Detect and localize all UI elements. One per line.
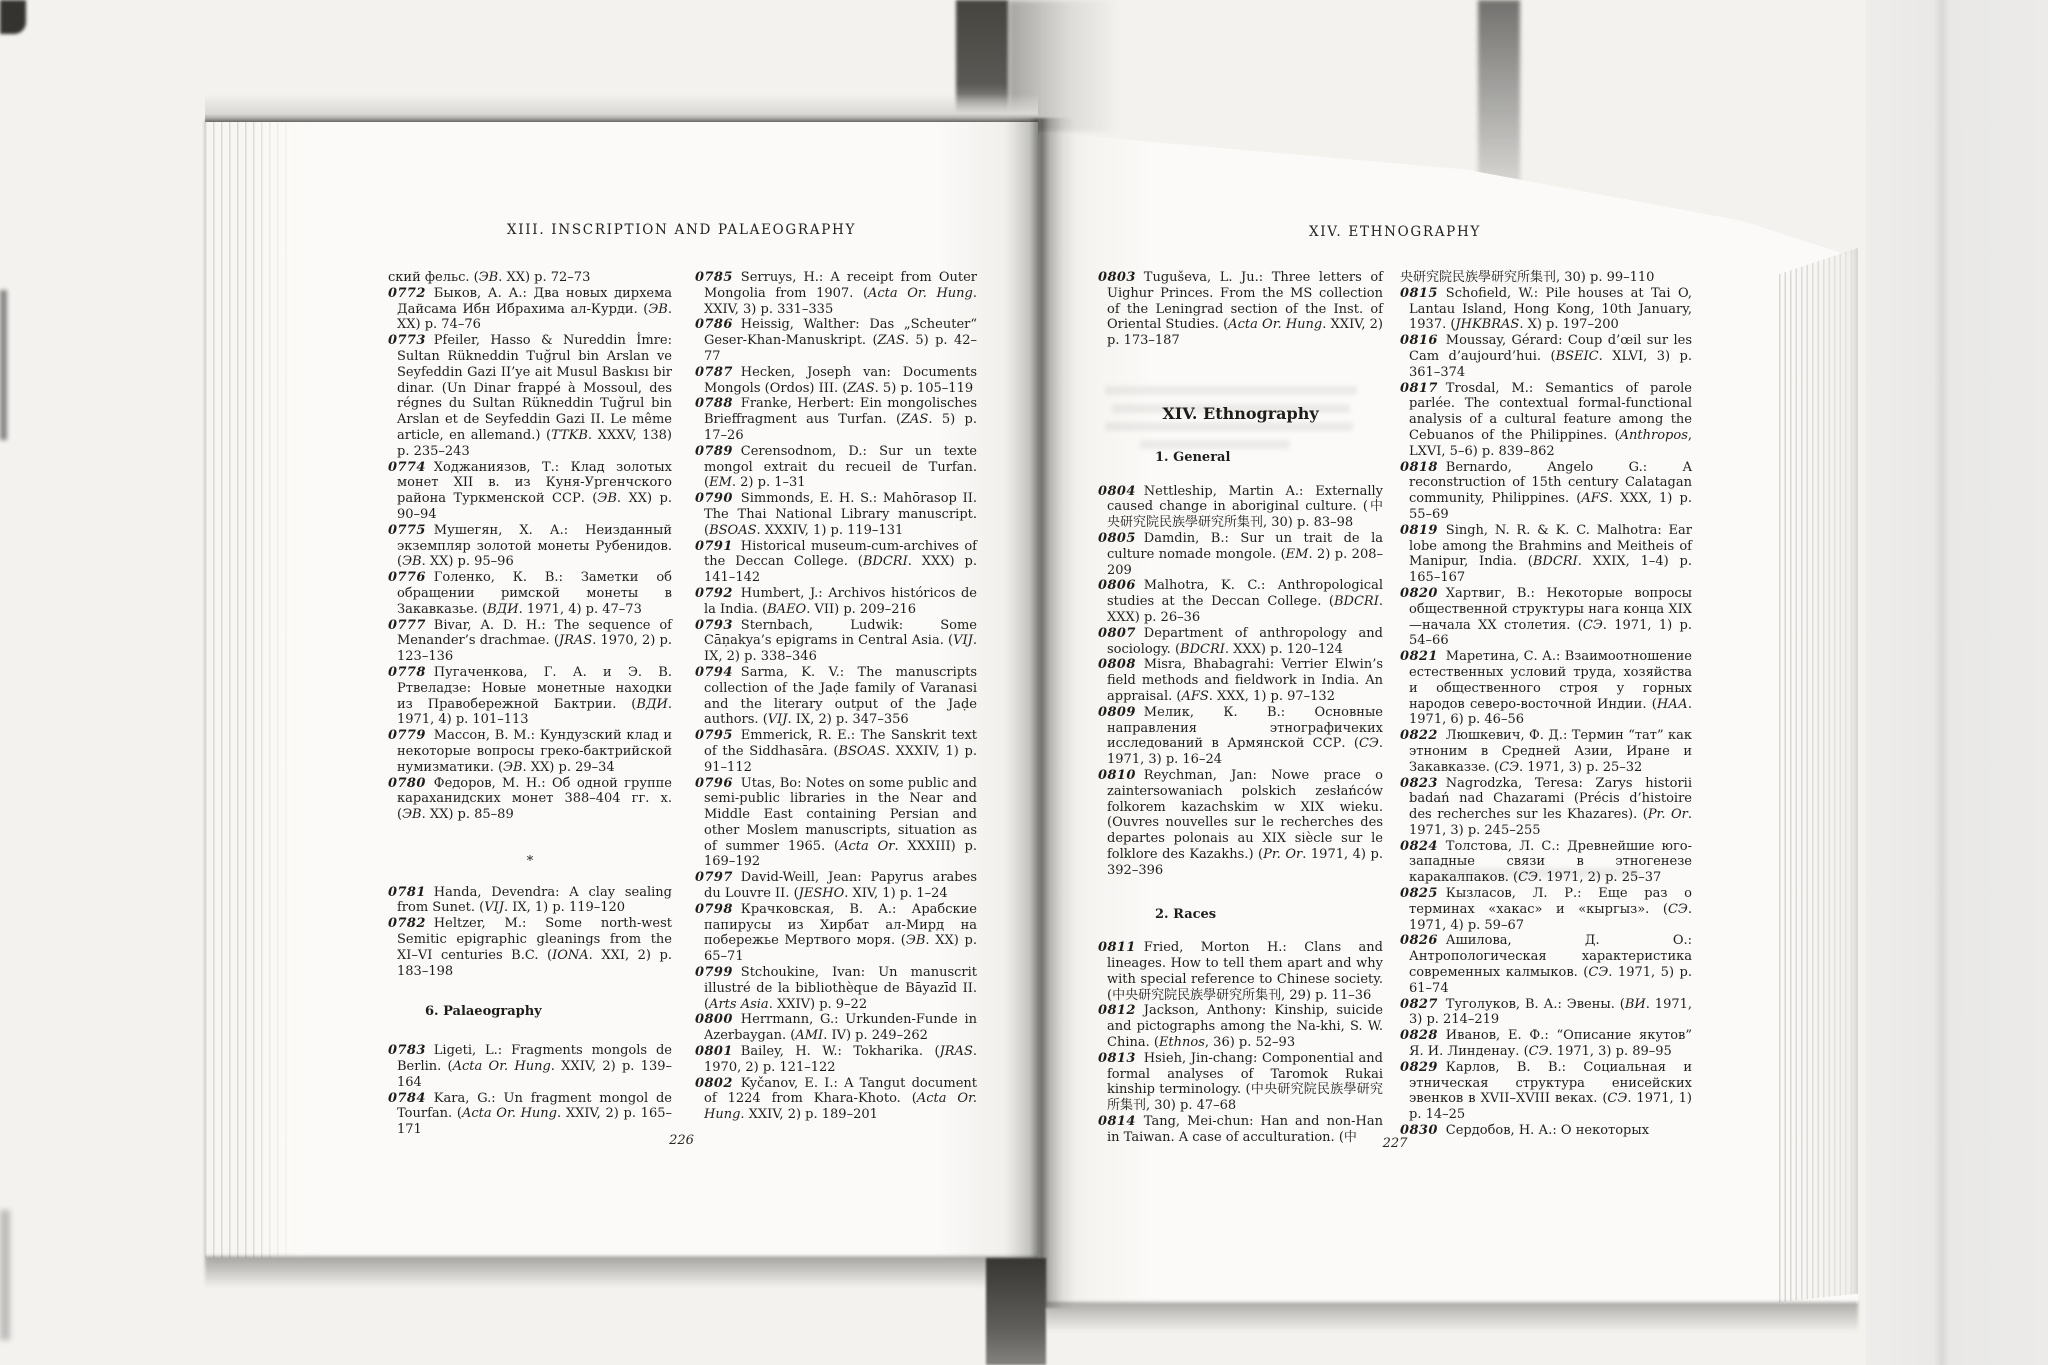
page-top-edge-shadow bbox=[205, 94, 1038, 122]
entry-number: 0788 bbox=[695, 396, 741, 411]
entry-number: 0798 bbox=[695, 902, 741, 917]
bib-entry-0817: 0817Trosdal, M.: Semantics of parole par… bbox=[1400, 381, 1692, 460]
entry-number: 0797 bbox=[695, 870, 741, 885]
entry-number: 0800 bbox=[695, 1012, 741, 1027]
entry-number: 0814 bbox=[1098, 1114, 1144, 1129]
bib-entry-0792: 0792Humbert, J.: Archivos históricos de … bbox=[695, 586, 977, 618]
entry-number: 0799 bbox=[695, 965, 741, 980]
section-heading: 1. General bbox=[1098, 450, 1383, 466]
bib-entry-0825: 0825Кызласов, Л. Р.: Еще раз о терминах … bbox=[1400, 886, 1692, 933]
bib-entry-fragment: 央研究院民族學研究所集刊, 30) p. 99–110 bbox=[1400, 270, 1692, 286]
bib-entry-0805: 0805Damdin, B.: Sur un trait de la cultu… bbox=[1098, 531, 1383, 578]
running-head-right: XIV. ETHNOGRAPHY bbox=[1098, 224, 1692, 240]
entry-number: 0810 bbox=[1098, 768, 1144, 783]
entry-number: 0828 bbox=[1400, 1028, 1446, 1043]
bib-entry-0781: 0781Handa, Devendra: A clay sealing from… bbox=[388, 885, 672, 917]
bib-entry-0813: 0813Hsieh, Jin-chang: Componential and f… bbox=[1098, 1051, 1383, 1114]
entry-number: 0803 bbox=[1098, 270, 1144, 285]
entry-number: 0824 bbox=[1400, 839, 1446, 854]
entry-number: 0775 bbox=[388, 523, 434, 538]
running-head-left: XIII. INSCRIPTION AND PALAEOGRAPHY bbox=[388, 222, 975, 238]
bib-entry-0795: 0795Emmerick, R. E.: The Sanskrit text o… bbox=[695, 728, 977, 775]
bibliography-column-left-1: ский фельс. (ЭВ. XX) p. 72–730772Быков, … bbox=[388, 270, 672, 1138]
entry-number: 0793 bbox=[695, 618, 741, 633]
entry-number: 0812 bbox=[1098, 1003, 1144, 1018]
entry-number: 0817 bbox=[1400, 381, 1446, 396]
entry-number: 0774 bbox=[388, 460, 434, 475]
entry-number: 0816 bbox=[1400, 333, 1446, 348]
bib-entry-0828: 0828Иванов, Е. Ф.: “Описание якутов” Я. … bbox=[1400, 1028, 1692, 1060]
entry-number: 0777 bbox=[388, 618, 434, 633]
bib-entry-0799: 0799Stchoukine, Ivan: Un manuscrit illus… bbox=[695, 965, 977, 1012]
bib-entry-0777: 0777Bivar, A. D. H.: The sequence of Men… bbox=[388, 618, 672, 665]
background-seam-shadow bbox=[1934, 0, 1950, 1365]
entry-number: 0791 bbox=[695, 539, 741, 554]
entry-number: 0804 bbox=[1098, 484, 1144, 499]
bib-entry-0775: 0775Мушегян, Х. А.: Неизданный экземпляр… bbox=[388, 523, 672, 570]
entry-number: 0823 bbox=[1400, 776, 1446, 791]
bib-entry-0778: 0778Пугаченкова, Г. А. и Э. В. Ртвеладзе… bbox=[388, 665, 672, 728]
bib-entry-0798: 0798Крачковская, В. А.: Арабские папирус… bbox=[695, 902, 977, 965]
bib-entry-0791: 0791Historical museum-cum-archives of th… bbox=[695, 539, 977, 586]
bib-entry-0827: 0827Туголуков, В. А.: Эвены. (ВИ. 1971, … bbox=[1400, 997, 1692, 1029]
background-right-area bbox=[1866, 0, 2048, 1365]
entry-number: 0785 bbox=[695, 270, 741, 285]
film-edge-sliver bbox=[0, 290, 7, 440]
entry-number: 0809 bbox=[1098, 705, 1144, 720]
bib-entry-0800: 0800Herrmann, G.: Urkunden-Funde in Azer… bbox=[695, 1012, 977, 1044]
bib-entry-0824: 0824Толстова, Л. С.: Древнейшие юго-запа… bbox=[1400, 839, 1692, 886]
entry-number: 0780 bbox=[388, 776, 434, 791]
entry-number: 0781 bbox=[388, 885, 434, 900]
entry-number: 0805 bbox=[1098, 531, 1144, 546]
entry-number: 0815 bbox=[1400, 286, 1446, 301]
bib-entry-0816: 0816Moussay, Gérard: Coup d’œil sur les … bbox=[1400, 333, 1692, 380]
bibliography-column-right-1: 0803Tuguševa, L. Ju.: Three letters of U… bbox=[1098, 270, 1383, 1146]
bib-entry-0818: 0818Bernardo, Angelo G.: A reconstructio… bbox=[1400, 460, 1692, 523]
entry-number: 0811 bbox=[1098, 940, 1144, 955]
bibliography-column-right-2: 央研究院民族學研究所集刊, 30) p. 99–1100815Schofield… bbox=[1400, 270, 1692, 1139]
entry-number: 0772 bbox=[388, 286, 434, 301]
bib-entry-0826: 0826Ашилова, Д. О.: Антропологическая ха… bbox=[1400, 933, 1692, 996]
bib-entry-0803: 0803Tuguševa, L. Ju.: Three letters of U… bbox=[1098, 270, 1383, 349]
entry-number: 0806 bbox=[1098, 578, 1144, 593]
bib-entry-0811: 0811Fried, Morton H.: Clans and lineages… bbox=[1098, 940, 1383, 1003]
bib-entry-0807: 0807Department of anthropology and socio… bbox=[1098, 626, 1383, 658]
bib-entry-0829: 0829Карлов, В. В.: Социальная и этническ… bbox=[1400, 1060, 1692, 1123]
bibliography-column-left-2: 0785Serruys, H.: A receipt from Outer Mo… bbox=[695, 270, 977, 1123]
bib-entry-fragment: ский фельс. (ЭВ. XX) p. 72–73 bbox=[388, 270, 672, 286]
entry-number: 0787 bbox=[695, 365, 741, 380]
section-heading: 6. Palaeography bbox=[388, 1004, 672, 1020]
bib-entry-0808: 0808Misra, Bhabagrahi: Verrier Elwin’s f… bbox=[1098, 657, 1383, 704]
page-number-left: 226 bbox=[388, 1133, 975, 1148]
bib-entry-0785: 0785Serruys, H.: A receipt from Outer Mo… bbox=[695, 270, 977, 317]
bib-entry-0809: 0809Мелик, К. В.: Основные направления э… bbox=[1098, 705, 1383, 768]
entry-number: 0829 bbox=[1400, 1060, 1446, 1075]
entry-number: 0822 bbox=[1400, 728, 1446, 743]
bib-entry-0782: 0782Heltzer, M.: Some north-west Semitic… bbox=[388, 916, 672, 979]
entry-number: 0819 bbox=[1400, 523, 1446, 538]
entry-number: 0779 bbox=[388, 728, 434, 743]
entry-number: 0789 bbox=[695, 444, 741, 459]
bib-entry-0772: 0772Быков, А. А.: Два новых дирхема Дайс… bbox=[388, 286, 672, 333]
bib-entry-0794: 0794Sarma, K. V.: The manuscripts collec… bbox=[695, 665, 977, 728]
bib-entry-0804: 0804Nettleship, Martin A.: Externally ca… bbox=[1098, 484, 1383, 531]
bib-entry-0783: 0783Ligeti, L.: Fragments mongols de Ber… bbox=[388, 1043, 672, 1090]
entry-number: 0818 bbox=[1400, 460, 1446, 475]
entry-number: 0802 bbox=[695, 1076, 741, 1091]
entry-number: 0827 bbox=[1400, 997, 1446, 1012]
entry-number: 0825 bbox=[1400, 886, 1446, 901]
bib-entry-0788: 0788Franke, Herbert: Ein mongolisches Br… bbox=[695, 396, 977, 443]
entry-number: 0807 bbox=[1098, 626, 1144, 641]
section-heading: 2. Races bbox=[1098, 907, 1383, 923]
bib-entry-0793: 0793Sternbach, Ludwik: Some Cāṇakya’s ep… bbox=[695, 618, 977, 665]
under-page-shadow-left bbox=[205, 1256, 1038, 1288]
bib-entry-0802: 0802Kyčanov, E. I.: A Tangut document of… bbox=[695, 1076, 977, 1123]
bib-entry-0812: 0812Jackson, Anthony: Kinship, suicide a… bbox=[1098, 1003, 1383, 1050]
bib-entry-0820: 0820Хартвиг, В.: Некоторые вопросы общес… bbox=[1400, 586, 1692, 649]
bib-entry-0776: 0776Голенко, К. В.: Заметки об обращении… bbox=[388, 570, 672, 617]
bib-entry-0806: 0806Malhotra, K. C.: Anthropological stu… bbox=[1098, 578, 1383, 625]
bib-entry-0780: 0780Федоров, М. Н.: Об одной группе кара… bbox=[388, 776, 672, 823]
bib-entry-0815: 0815Schofield, W.: Pile houses at Tai O,… bbox=[1400, 286, 1692, 333]
bib-entry-0801: 0801Bailey, H. W.: Tokharika. (JRAS. 197… bbox=[695, 1044, 977, 1076]
bib-entry-0774: 0774Ходжаниязов, Т.: Клад золотых монет … bbox=[388, 460, 672, 523]
section-heading: XIV. Ethnography bbox=[1098, 406, 1383, 422]
gutter-shadow bbox=[1005, 118, 1075, 1308]
entry-number: 0790 bbox=[695, 491, 741, 506]
under-page-shadow-right bbox=[1046, 1302, 1858, 1332]
entry-number: 0821 bbox=[1400, 649, 1446, 664]
film-edge-sliver bbox=[0, 1210, 10, 1340]
entry-number: 0820 bbox=[1400, 586, 1446, 601]
separator-star: * bbox=[388, 854, 672, 870]
entry-number: 0794 bbox=[695, 665, 741, 680]
fore-edge-page-stack bbox=[1779, 248, 1858, 1302]
film-edge-mark bbox=[0, 0, 26, 34]
bib-entry-0773: 0773Pfeiler, Hasso & Nureddin İmre: Sult… bbox=[388, 333, 672, 459]
bib-entry-0786: 0786Heissig, Walther: Das „Scheuter“ Ges… bbox=[695, 317, 977, 364]
bib-entry-0823: 0823Nagrodzka, Teresa: Zarys historii ba… bbox=[1400, 776, 1692, 839]
entry-number: 0776 bbox=[388, 570, 434, 585]
entry-number: 0795 bbox=[695, 728, 741, 743]
bib-entry-0797: 0797David-Weill, Jean: Papyrus arabes du… bbox=[695, 870, 977, 902]
bib-entry-0810: 0810Reychman, Jan: Nowe prace o zainters… bbox=[1098, 768, 1383, 879]
entry-number: 0773 bbox=[388, 333, 434, 348]
bib-entry-0784: 0784Kara, G.: Un fragment mongol de Tour… bbox=[388, 1091, 672, 1138]
bib-entry-0822: 0822Люшкевич, Ф. Д.: Термин “тат” как эт… bbox=[1400, 728, 1692, 775]
bib-entry-0790: 0790Simmonds, E. H. S.: Mahōrasop II. Th… bbox=[695, 491, 977, 538]
entry-number: 0796 bbox=[695, 776, 741, 791]
entry-number: 0782 bbox=[388, 916, 434, 931]
entry-number: 0813 bbox=[1098, 1051, 1144, 1066]
bib-entry-0796: 0796Utas, Bo: Notes on some public and s… bbox=[695, 776, 977, 871]
left-page-edge-stack bbox=[205, 122, 305, 1258]
spine-shadow-bottom bbox=[986, 1258, 1046, 1365]
bib-entry-0789: 0789Cerensodnom, D.: Sur un texte mongol… bbox=[695, 444, 977, 491]
entry-number: 0826 bbox=[1400, 933, 1446, 948]
entry-number: 0778 bbox=[388, 665, 434, 680]
bib-entry-0819: 0819Singh, N. R. & K. C. Malhotra: Ear l… bbox=[1400, 523, 1692, 586]
entry-number: 0786 bbox=[695, 317, 741, 332]
entry-number: 0792 bbox=[695, 586, 741, 601]
entry-number: 0808 bbox=[1098, 657, 1144, 672]
entry-number: 0801 bbox=[695, 1044, 741, 1059]
bib-entry-0821: 0821Маретина, С. А.: Взаимоотношение ест… bbox=[1400, 649, 1692, 728]
bib-entry-0779: 0779Массон, В. М.: Кундузский клад и нек… bbox=[388, 728, 672, 775]
book-spread-photo: XIII. INSCRIPTION AND PALAEOGRAPHY XIV. … bbox=[0, 0, 2048, 1365]
bib-entry-0787: 0787Hecken, Joseph van: Documents Mongol… bbox=[695, 365, 977, 397]
entry-number: 0783 bbox=[388, 1043, 434, 1058]
entry-number: 0784 bbox=[388, 1091, 434, 1106]
page-number-right: 227 bbox=[1098, 1136, 1692, 1151]
